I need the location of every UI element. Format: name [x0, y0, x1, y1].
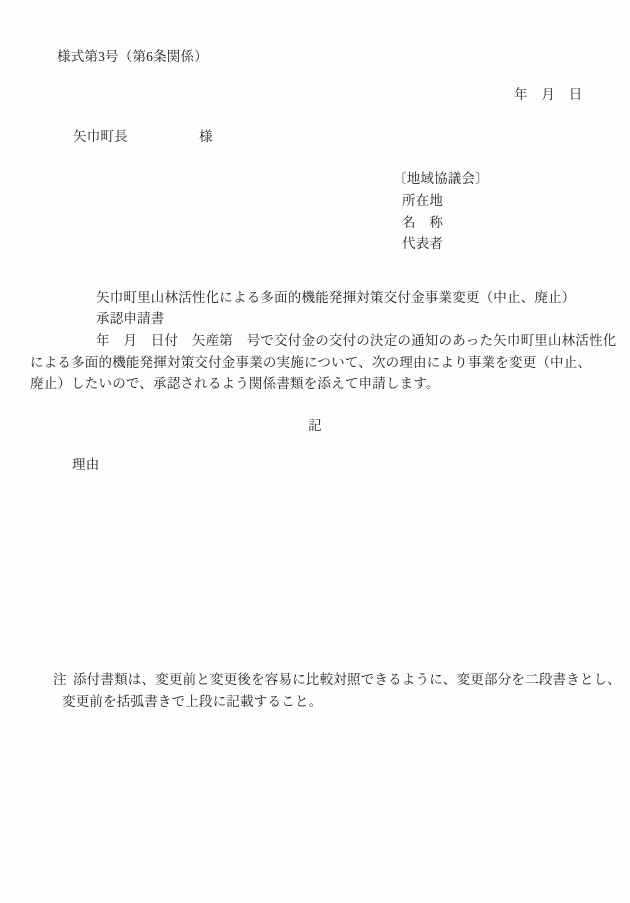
reason-label: 理由 [72, 457, 99, 472]
sender-name-label: 名 称 [402, 215, 443, 230]
body-paragraph-line2: による多面的機能発揮対策交付金事業の実施について、次の理由により事業を変更（中止… [30, 355, 591, 370]
note-line2: 変更前を括弧書きで上段に記載すること。 [62, 694, 322, 709]
recipient-honorific: 様 [199, 129, 213, 144]
form-document-page: 様式第3号（第6条関係） 年 月 日 矢巾町長 様 〔地域協議会〕 所在地 名 … [0, 0, 630, 903]
note-line1: 添付書類は、変更前と変更後を容易に比較対照できるように、変更部分を二段書きとし、 [73, 672, 621, 687]
date-blank-line: 年 月 日 [514, 87, 583, 102]
note-marker: 注 [53, 672, 67, 687]
body-paragraph-line1: 年 月 日付 矢産第 号で交付金の交付の決定の通知のあった矢巾町里山林活性化 [96, 333, 616, 348]
recipient-title: 矢巾町長 [73, 129, 128, 144]
document-title-line2: 承認申請書 [96, 311, 165, 326]
sender-address-label: 所在地 [402, 193, 443, 208]
form-number: 様式第3号（第6条関係） [57, 49, 208, 64]
body-paragraph-line3: 廃止）したいので、承認されるよう関係書類を添えて申請します。 [30, 376, 440, 391]
record-section-marker: 記 [0, 418, 630, 433]
sender-representative-label: 代表者 [402, 236, 443, 251]
document-title-line1: 矢巾町里山林活性化による多面的機能発揮対策交付金事業変更（中止、廃止） [96, 290, 576, 305]
sender-organization-label: 〔地域協議会〕 [393, 171, 489, 186]
